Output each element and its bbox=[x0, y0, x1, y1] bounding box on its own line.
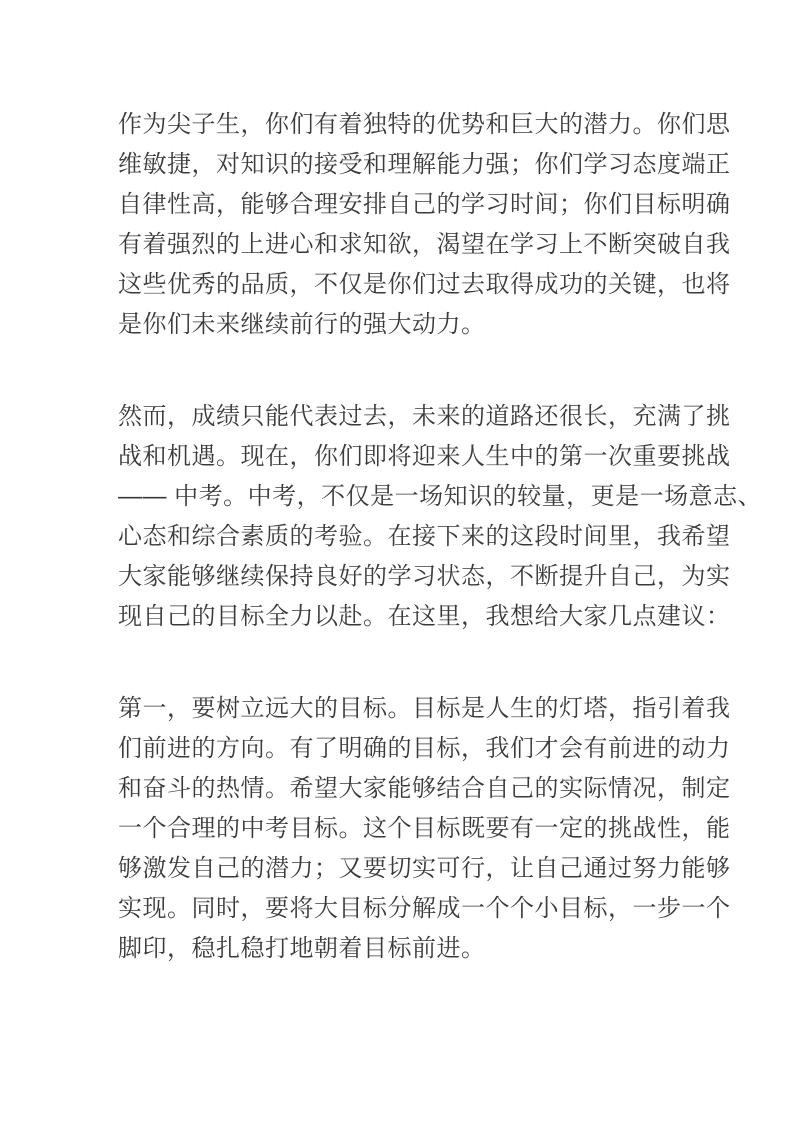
text-line: 一个合理的中考目标。这个目标既要有一定的挑战性，能 bbox=[118, 809, 678, 849]
text-line: 够激发自己的潜力；又要切实可行，让自己通过努力能够 bbox=[118, 849, 678, 889]
text-line: 们前进的方向。有了明确的目标，我们才会有前进的动力 bbox=[118, 729, 678, 769]
paragraph-advice-first: 第一，要树立远大的目标。目标是人生的灯塔，指引着我 们前进的方向。有了明确的目标… bbox=[118, 689, 678, 969]
text-line: 是你们未来继续前行的强大动力。 bbox=[118, 305, 678, 345]
paragraph-challenge: 然而，成绩只能代表过去，未来的道路还很长，充满了挑 战和机遇。现在，你们即将迎来… bbox=[118, 397, 678, 637]
text-line: 战和机遇。现在，你们即将迎来人生中的第一次重要挑战 bbox=[118, 437, 678, 477]
text-line: 自律性高，能够合理安排自己的学习时间；你们目标明确 bbox=[118, 185, 678, 225]
text-line: 实现。同时，要将大目标分解成一个个小目标，一步一个 bbox=[118, 889, 678, 929]
text-line: 现自己的目标全力以赴。在这里，我想给大家几点建议： bbox=[118, 597, 678, 637]
text-line: 然而，成绩只能代表过去，未来的道路还很长，充满了挑 bbox=[118, 397, 678, 437]
text-line: 脚印，稳扎稳打地朝着目标前进。 bbox=[118, 929, 678, 969]
text-line: 心态和综合素质的考验。在接下来的这段时间里，我希望 bbox=[118, 517, 678, 557]
text-line: 这些优秀的品质，不仅是你们过去取得成功的关键，也将 bbox=[118, 265, 678, 305]
text-line: —— 中考。中考，不仅是一场知识的较量，更是一场意志、 bbox=[118, 477, 678, 517]
text-line: 作为尖子生，你们有着独特的优势和巨大的潜力。你们思 bbox=[118, 105, 678, 145]
text-line: 大家能够继续保持良好的学习状态，不断提升自己，为实 bbox=[118, 557, 678, 597]
document-page: 作为尖子生，你们有着独特的优势和巨大的潜力。你们思 维敏捷，对知识的接受和理解能… bbox=[0, 0, 793, 1122]
paragraph-strengths: 作为尖子生，你们有着独特的优势和巨大的潜力。你们思 维敏捷，对知识的接受和理解能… bbox=[118, 105, 678, 345]
text-line: 维敏捷，对知识的接受和理解能力强；你们学习态度端正 bbox=[118, 145, 678, 185]
text-line: 第一，要树立远大的目标。目标是人生的灯塔，指引着我 bbox=[118, 689, 678, 729]
text-line: 有着强烈的上进心和求知欲，渴望在学习上不断突破自我 bbox=[118, 225, 678, 265]
text-line: 和奋斗的热情。希望大家能够结合自己的实际情况，制定 bbox=[118, 769, 678, 809]
